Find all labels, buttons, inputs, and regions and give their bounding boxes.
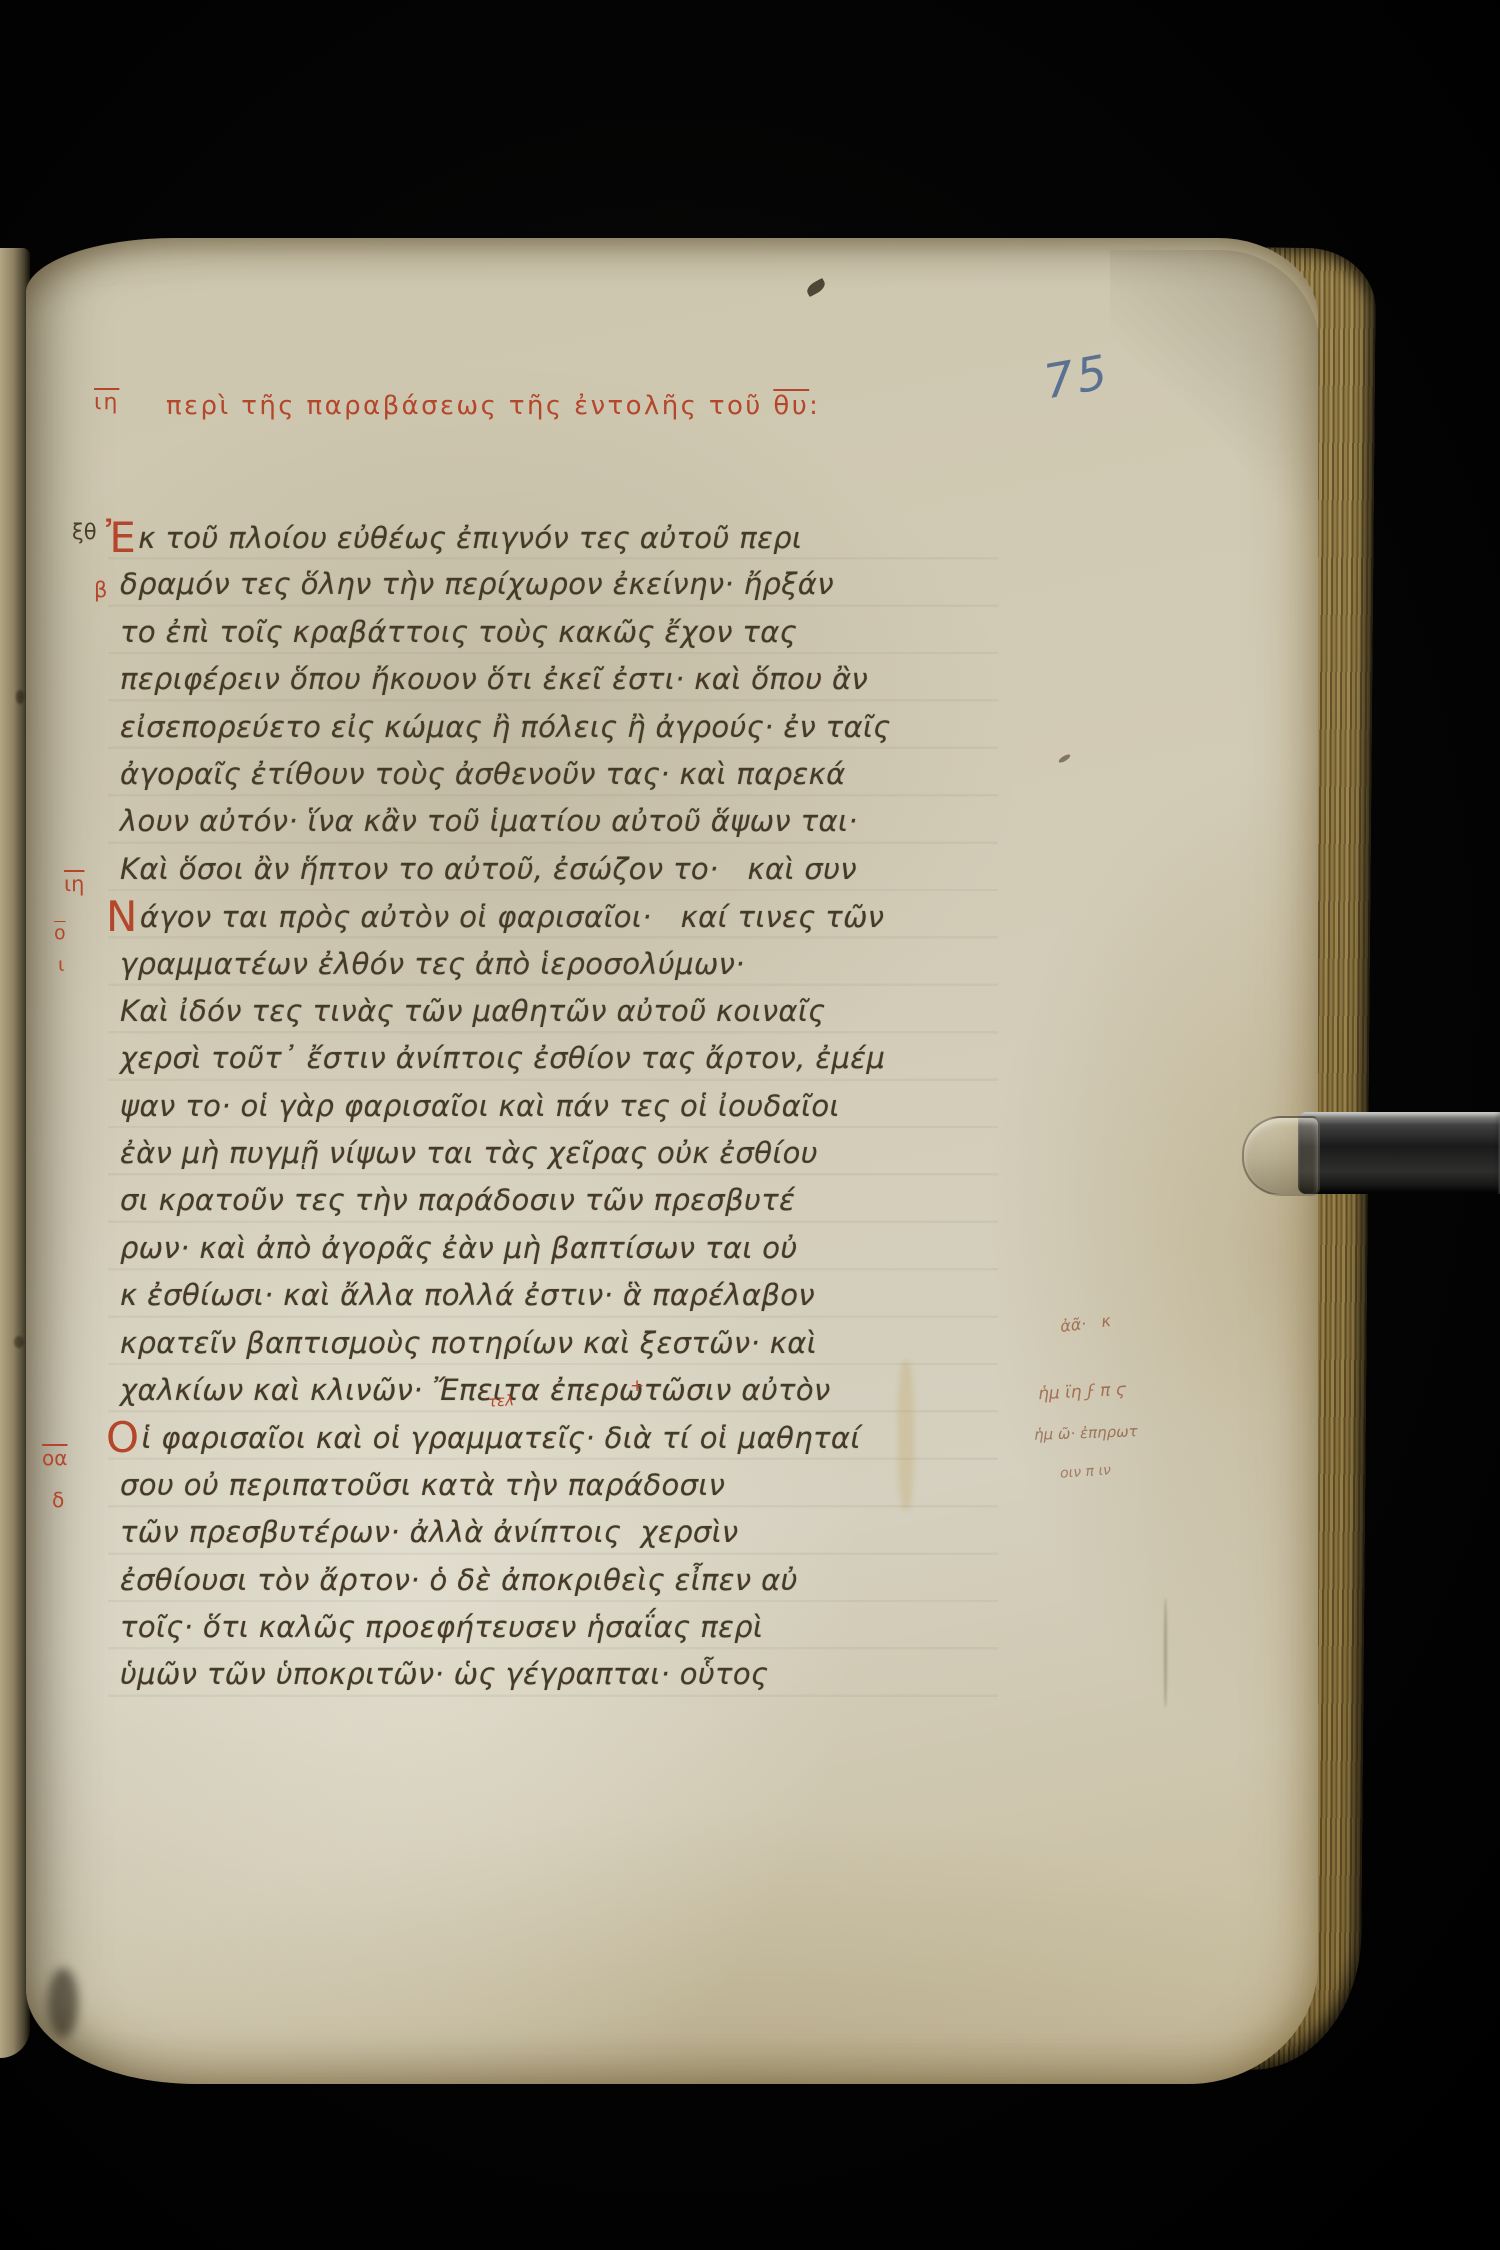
line-text: κρατεῖν βαπτισμοὺς ποτηρίων καὶ ξεστῶν· … [120, 1326, 817, 1360]
rubric-initial: Ν [106, 892, 138, 941]
line-text: ὑμῶν τῶν ὑποκριτῶν· ὡς γέγραπται· οὗτος [120, 1657, 768, 1691]
manuscript-line: χαλκίων καὶ κλινῶν· Ἔπειτα ἐπερωτῶσιν αὐ… [120, 1367, 988, 1414]
manuscript-line: ψαν το· οἱ γὰρ φαρισαῖοι καὶ πάν τες οἱ … [120, 1083, 988, 1130]
interlinear-lection-note: τελ [487, 1391, 514, 1411]
manuscript-line: γραμματέων ἐλθόν τες ἀπὸ ἱεροσολύμων· [120, 941, 988, 988]
line-text: ἀγοραῖς ἐτίθουν τοὺς ἀσθενοῦν τας· καὶ π… [120, 757, 846, 791]
kephalaion-number-header: ιη [94, 390, 119, 415]
line-text: ἐσθίουσι τὸν ἄρτον· ὁ δὲ ἀποκριθεὶς εἶπε… [120, 1563, 798, 1597]
line-text: περιφέρειν ὅπου ἤκουον ὅτι ἐκεῖ ἐστι· κα… [120, 662, 868, 696]
line-text: κ ἐσθίωσι· καὶ ἄλλα πολλά ἐστιν· ἃ παρέλ… [120, 1278, 815, 1312]
manuscript-line: ἐσθίουσι τὸν ἄρτον· ὁ δὲ ἀποκριθεὶς εἶπε… [120, 1557, 988, 1604]
manuscript-line: Καὶ ὅσοι ἂν ἥπτον το αὐτοῦ, ἐσώζον το· κ… [120, 846, 988, 893]
manuscript-line: το ἐπὶ τοῖς κραβάττοις τοὺς κακῶς ἔχον τ… [120, 609, 988, 656]
line-text: ρων· καὶ ἀπὸ ἀγορᾶς ἐὰν μὴ βαπτίσων ται … [120, 1231, 798, 1265]
line-text: κ τοῦ πλοίου εὐθέως ἐπιγνόν τες αὐτοῦ πε… [138, 521, 802, 555]
kephalaion-number-margin: ιη [64, 872, 84, 896]
line-text: τῶν πρεσβυτέρων· ἀλλὰ ἀνίπτοις χερσὶν [120, 1515, 739, 1549]
manuscript-line: κρατεῖν βαπτισμοὺς ποτηρίων καὶ ξεστῶν· … [120, 1320, 988, 1367]
manuscript-line: κ ἐσθίωσι· καὶ ἄλλα πολλά ἐστιν· ἃ παρέλ… [120, 1272, 988, 1319]
eusebian-canon-2: ι [58, 954, 64, 976]
line-text: χαλκίων καὶ κλινῶν· Ἔπειτα ἐπερωτῶσιν αὐ… [120, 1373, 831, 1407]
manuscript-line: Καὶ ἰδόν τες τινὰς τῶν μαθητῶν αὐτοῦ κοι… [120, 988, 988, 1035]
rubric-initial: Ο [106, 1413, 139, 1462]
interlinear-cross-mark: + [630, 1376, 644, 1396]
manuscript-line: τῶν πρεσβυτέρων· ἀλλὰ ἀνίπτοις χερσὶν [120, 1509, 988, 1556]
line-text: ἐὰν μὴ πυγμῇ νίψων ται τὰς χεῖρας οὐκ ἐσ… [120, 1136, 818, 1170]
manuscript-line: ρων· καὶ ἀπὸ ἀγορᾶς ἐὰν μὴ βαπτίσων ται … [120, 1225, 988, 1272]
ammonian-section-3: οα [42, 1446, 67, 1470]
ammonian-section-2: ο [54, 922, 66, 944]
manuscript-line: τοῖς· ὅτι καλῶς προεφήτευσεν ἡσαΐας περὶ [120, 1604, 988, 1651]
ammonian-section-1: ξθ [72, 520, 97, 544]
crack-line [1164, 1598, 1167, 1708]
eusebian-canon-3: δ [52, 1488, 64, 1512]
text-block: Ἐκ τοῦ πλοίου εὐθέως ἐπιγνόν τες αὐτοῦ π… [120, 514, 988, 1699]
edge-speck [16, 690, 24, 704]
line-text: άγον ται πρὸς αὐτὸν οἱ φαρισαῖοι· καί τι… [140, 900, 885, 934]
edge-speck [14, 1336, 24, 1348]
line-text: σου οὐ περιπατοῦσι κατὰ τὴν παράδοσιν [120, 1468, 725, 1502]
manuscript-line: εἰσεπορεύετο εἰς κώμας ἢ πόλεις ἢ ἀγρούς… [120, 704, 988, 751]
heading-colon: : [809, 391, 820, 421]
page-corner-shade [1110, 250, 1320, 580]
line-text: το ἐπὶ τοῖς κραβάττοις τοὺς κακῶς ἔχον τ… [120, 615, 797, 649]
line-text: δραμόν τες ὅλην τὴν περίχωρον ἐκείνην· ἤ… [120, 567, 834, 601]
stain [898, 1360, 914, 1510]
rubric-initial: Ἐ [106, 513, 136, 562]
line-text: λουν αὐτόν· ἵνα κἂν τοῦ ἱματίου αὐτοῦ ἅψ… [120, 804, 858, 838]
line-text: Καὶ ἰδόν τες τινὰς τῶν μαθητῶν αὐτοῦ κοι… [120, 994, 826, 1028]
line-text: σι κρατοῦν τες τὴν παράδοσιν τῶν πρεσβυτ… [120, 1183, 795, 1217]
line-text: Καὶ ὅσοι ἂν ἥπτον το αὐτοῦ, ἐσώζον το· κ… [120, 852, 857, 886]
line-text: χερσὶ τοῦτ᾽ ἔστιν ἀνίπτοις ἐσθίον τας ἄρ… [120, 1041, 885, 1075]
eusebian-canon-1: β [94, 578, 107, 602]
manuscript-line: Νάγον ται πρὸς αὐτὸν οἱ φαρισαῖοι· καί τ… [120, 893, 988, 940]
manuscript-line: χερσὶ τοῦτ᾽ ἔστιν ἀνίπτοις ἐσθίον τας ἄρ… [120, 1035, 988, 1082]
line-text: ψαν το· οἱ γὰρ φαρισαῖοι καὶ πάν τες οἱ … [120, 1089, 840, 1123]
manuscript-line: σου οὐ περιπατοῦσι κατὰ τὴν παράδοσιν [120, 1462, 988, 1509]
heading-nomen-sacrum: θυ [773, 391, 809, 421]
manuscript-line: λουν αὐτόν· ἵνα κἂν τοῦ ἱματίου αὐτοῦ ἅψ… [120, 798, 988, 845]
manuscript-line: δραμόν τες ὅλην τὴν περίχωρον ἐκείνην· ἤ… [120, 561, 988, 608]
manuscript-line: ὑμῶν τῶν ὑποκριτῶν· ὡς γέγραπται· οὗτος [120, 1651, 988, 1698]
right-margin-note: ἡμ ῶ· ἐπηρωτ [1034, 1422, 1138, 1444]
manuscript-line: περιφέρειν ὅπου ἤκουον ὅτι ἐκεῖ ἐστι· κα… [120, 656, 988, 703]
manuscript-line: ἀγοραῖς ἐτίθουν τοὺς ἀσθενοῦν τας· καὶ π… [120, 751, 988, 798]
folio-number: 75 [1040, 345, 1114, 411]
chapter-heading: περὶ τῆς παραβάσεως τῆς ἐντολῆς τοῦ θυ: [166, 391, 820, 421]
glass-weight-rod [1298, 1112, 1500, 1194]
heading-text: περὶ τῆς παραβάσεως τῆς ἐντολῆς τοῦ [166, 391, 773, 421]
manuscript-photo: ιη περὶ τῆς παραβάσεως τῆς ἐντολῆς τοῦ θ… [0, 0, 1500, 2250]
line-text: τοῖς· ὅτι καλῶς προεφήτευσεν ἡσαΐας περὶ [120, 1610, 763, 1644]
manuscript-line: Οἱ φαρισαῖοι καὶ οἱ γραμματεῖς· διὰ τί ο… [120, 1414, 988, 1461]
line-text: εἰσεπορεύετο εἰς κώμας ἢ πόλεις ἢ ἀγρούς… [120, 710, 891, 744]
binding-smudge [48, 1968, 78, 2038]
manuscript-line: σι κρατοῦν τες τὴν παράδοσιν τῶν πρεσβυτ… [120, 1177, 988, 1224]
manuscript-line: ἐὰν μὴ πυγμῇ νίψων ται τὰς χεῖρας οὐκ ἐσ… [120, 1130, 988, 1177]
line-text: ἱ φαρισαῖοι καὶ οἱ γραμματεῖς· διὰ τί οἱ… [141, 1421, 860, 1455]
glass-weight-rod-tip [1242, 1116, 1320, 1196]
manuscript-line: Ἐκ τοῦ πλοίου εὐθέως ἐπιγνόν τες αὐτοῦ π… [120, 514, 988, 561]
line-text: γραμματέων ἐλθόν τες ἀπὸ ἱεροσολύμων· [120, 947, 745, 981]
